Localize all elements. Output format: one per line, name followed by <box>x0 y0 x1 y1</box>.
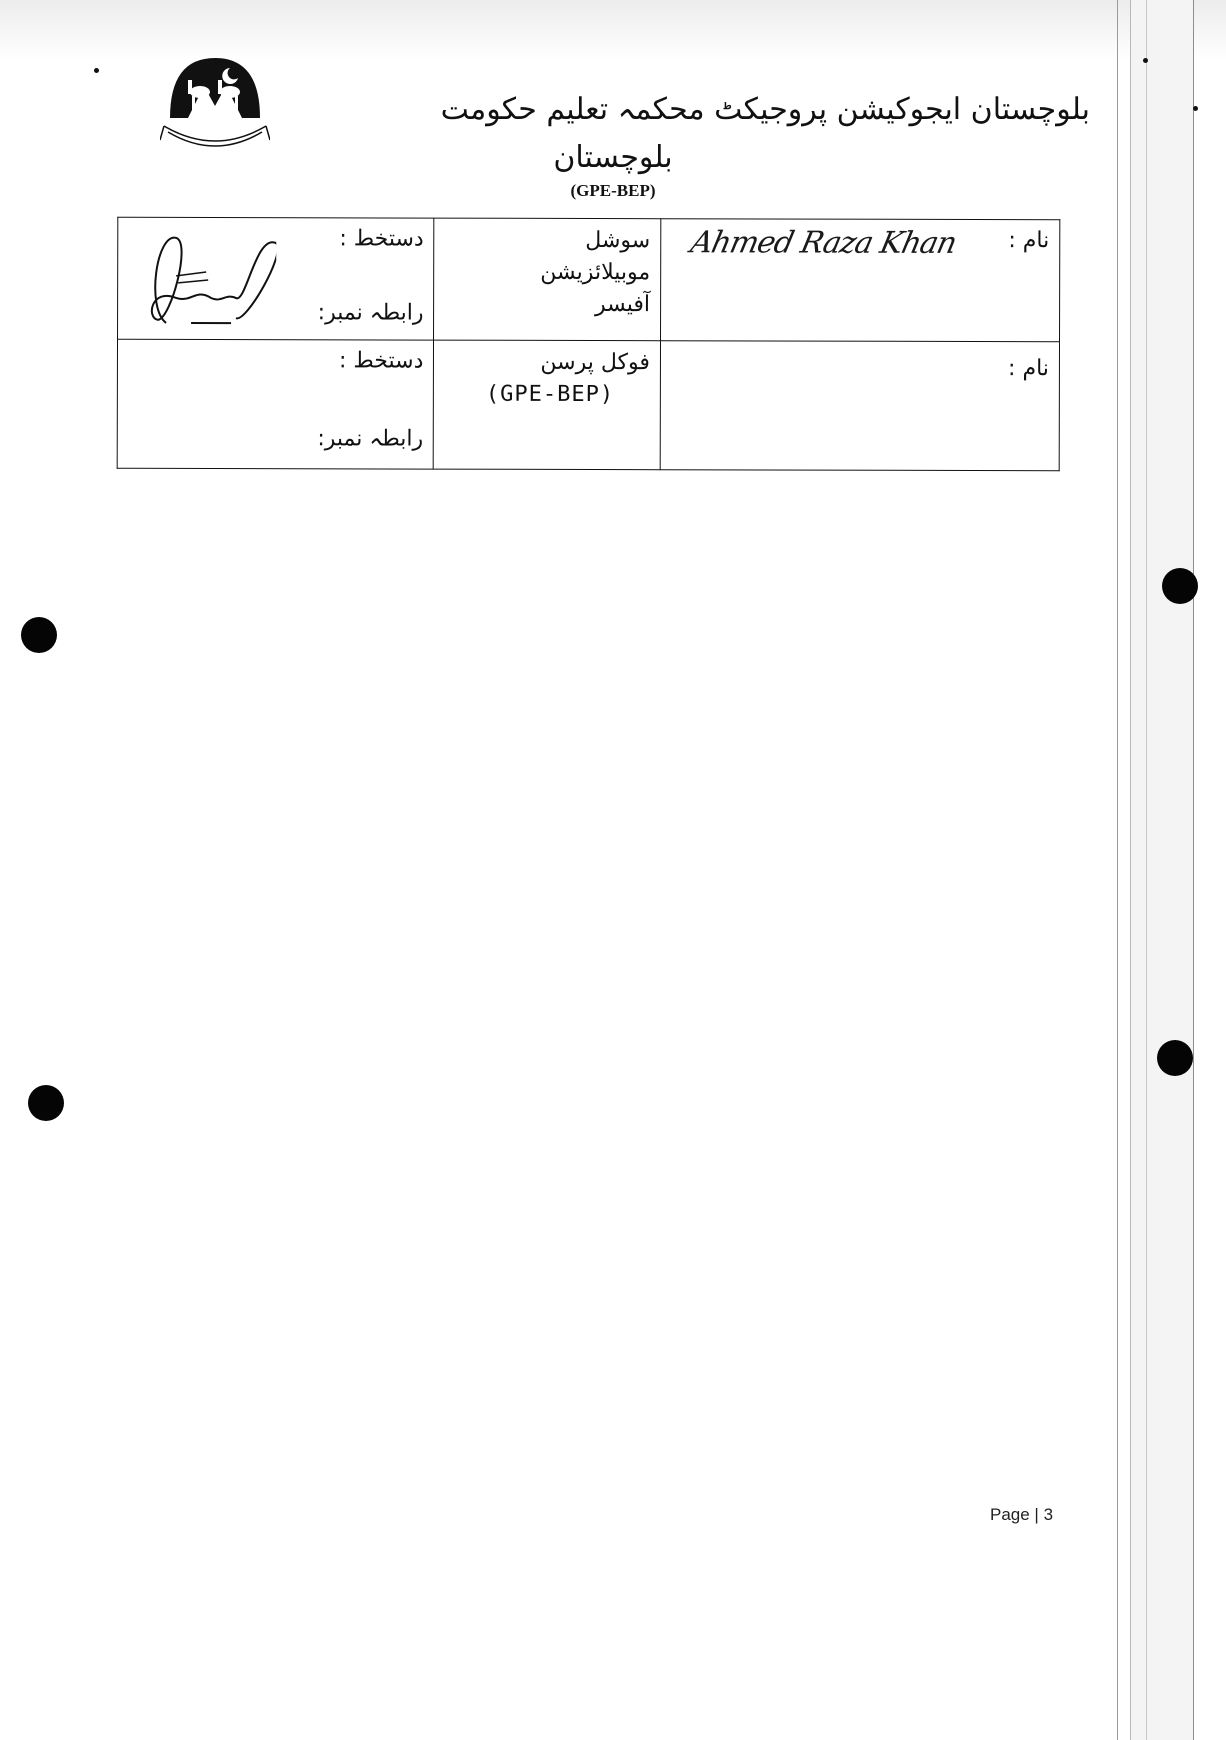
signature-scribble <box>136 228 276 328</box>
role-line: سوشل <box>441 225 651 258</box>
signature-table: دستخط : رابطہ نمبر: سوشل موبیلائزیشن آفی… <box>117 217 1061 471</box>
table-row: دستخط : رابطہ نمبر: فوکل پرسن (GPE-BEP) … <box>117 340 1059 471</box>
handwritten-name: Ahmed Raza Khan <box>687 225 959 261</box>
punch-hole-icon <box>1162 568 1198 604</box>
binder-edge <box>1131 0 1193 1740</box>
binder-line <box>1130 0 1131 1740</box>
role-line: آفیسر <box>440 289 650 322</box>
role-code: (GPE-BEP) <box>440 379 650 412</box>
table-row: دستخط : رابطہ نمبر: سوشل موبیلائزیشن آفی… <box>118 217 1060 342</box>
punch-hole-icon <box>21 617 57 653</box>
binder-line <box>1117 0 1118 1740</box>
scan-speck <box>1193 106 1198 111</box>
contact-label: رابطہ نمبر: <box>318 300 424 325</box>
scan-shadow <box>0 0 1226 60</box>
role-line: موبیلائزیشن <box>441 257 651 290</box>
punch-hole-icon <box>1157 1040 1193 1076</box>
name-cell: نام : <box>660 341 1059 471</box>
scan-speck <box>1143 58 1148 63</box>
signature-cell: دستخط : رابطہ نمبر: <box>118 217 435 340</box>
name-label: نام : <box>1008 228 1049 253</box>
header-title: بلوچستان ایجوکیشن پروجیکٹ محکمہ تعلیم حک… <box>100 92 1090 127</box>
signature-label: دستخط : <box>339 349 423 374</box>
punch-hole-icon <box>28 1085 64 1121</box>
page-number: Page | 3 <box>990 1505 1053 1525</box>
signature-label: دستخط : <box>339 226 423 251</box>
role-line: فوکل پرسن <box>440 347 650 380</box>
name-label: نام : <box>1008 357 1049 382</box>
signature-cell: دستخط : رابطہ نمبر: <box>117 340 434 469</box>
binder-line <box>1146 0 1147 1740</box>
contact-label: رابطہ نمبر: <box>317 427 423 452</box>
role-cell: سوشل موبیلائزیشن آفیسر <box>434 218 661 341</box>
scan-speck <box>94 68 99 73</box>
role-cell: فوکل پرسن (GPE-BEP) <box>434 341 661 470</box>
project-code: (GPE-BEP) <box>0 181 1226 201</box>
name-cell: نام : Ahmed Raza Khan <box>660 219 1059 343</box>
header-subtitle: بلوچستان <box>0 140 1226 175</box>
binder-line <box>1193 0 1194 1740</box>
